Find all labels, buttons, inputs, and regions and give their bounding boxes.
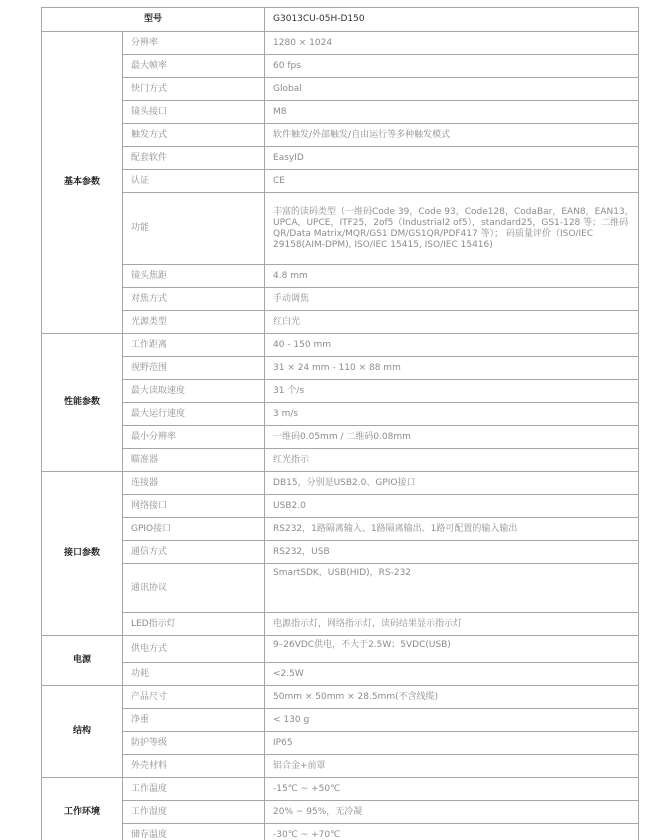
row-value: 电源指示灯，网络指示灯，读码结果显示指示灯: [265, 613, 639, 636]
row-value: 9–26VDC供电，不大于2.5W；5VDC(USB): [265, 636, 639, 663]
table-row: 瞄准器 红光指示: [42, 449, 639, 472]
table-row: 网络接口 USB2.0: [42, 495, 639, 518]
table-row: 视野范围 31 × 24 mm - 110 × 88 mm: [42, 357, 639, 380]
table-row: 通信方式 RS232，USB: [42, 541, 639, 564]
table-row: 接口参数 连接器 DB15，分别是USB2.0、GPIO接口: [42, 472, 639, 495]
row-value: RS232，USB: [265, 541, 639, 564]
table-row: 防护等级 IP65: [42, 732, 639, 755]
table-row: 结构 产品尺寸 50mm × 50mm × 28.5mm(不含线缆): [42, 686, 639, 709]
row-value: M8: [265, 101, 639, 124]
row-value: 40 - 150 mm: [265, 334, 639, 357]
row-value: 丰富的读码类型（一维码Code 39，Code 93，Code128，CodaB…: [265, 193, 639, 265]
table-row: 最大运行速度 3 m/s: [42, 403, 639, 426]
row-value: 31 × 24 mm - 110 × 88 mm: [265, 357, 639, 380]
table-row: 最小分辨率 一维码0.05mm / 二维码0.08mm: [42, 426, 639, 449]
row-value: -15℃ ~ +50℃: [265, 778, 639, 801]
section-environment: 工作环境: [42, 778, 123, 840]
table-row: 功能 丰富的读码类型（一维码Code 39，Code 93，Code128，Co…: [42, 193, 639, 265]
row-key: 功耗: [123, 663, 265, 686]
row-value: 1280 × 1024: [265, 32, 639, 55]
row-key: 认证: [123, 170, 265, 193]
table-row: 最大帧率 60 fps: [42, 55, 639, 78]
table-row: 对焦方式 手动调焦: [42, 288, 639, 311]
row-value: DB15，分别是USB2.0、GPIO接口: [265, 472, 639, 495]
table-row: 触发方式 软件触发/外部触发/自由运行等多种触发模式: [42, 124, 639, 147]
header-row: 型号 G3013CU-05H-D150: [42, 8, 639, 32]
row-key: 外壳材料: [123, 755, 265, 778]
row-key: 防护等级: [123, 732, 265, 755]
spec-table: 型号 G3013CU-05H-D150 基本参数 分辨率 1280 × 1024…: [41, 7, 639, 840]
row-key: 瞄准器: [123, 449, 265, 472]
table-row: 净重 < 130 g: [42, 709, 639, 732]
row-key: 储存温度: [123, 824, 265, 840]
row-key: 通讯协议: [123, 564, 265, 613]
row-value: 3 m/s: [265, 403, 639, 426]
row-key: 工作湿度: [123, 801, 265, 824]
row-key: 镜头焦距: [123, 265, 265, 288]
table-row: 镜头焦距 4.8 mm: [42, 265, 639, 288]
table-row: 基本参数 分辨率 1280 × 1024: [42, 32, 639, 55]
row-key: 最大运行速度: [123, 403, 265, 426]
row-key: 供电方式: [123, 636, 265, 663]
row-value: -30℃ ~ +70℃: [265, 824, 639, 840]
row-value: EasyID: [265, 147, 639, 170]
section-basic-params: 基本参数: [42, 32, 123, 334]
table-row: 最大读取速度 31 个/s: [42, 380, 639, 403]
row-value: 软件触发/外部触发/自由运行等多种触发模式: [265, 124, 639, 147]
row-key: 工作距离: [123, 334, 265, 357]
row-key: 最大帧率: [123, 55, 265, 78]
table-row: 外壳材料 铝合金+前罩: [42, 755, 639, 778]
row-value: 红光指示: [265, 449, 639, 472]
row-key: 最小分辨率: [123, 426, 265, 449]
row-value: 50mm × 50mm × 28.5mm(不含线缆): [265, 686, 639, 709]
row-key: LED指示灯: [123, 613, 265, 636]
row-key: 通信方式: [123, 541, 265, 564]
model-label: 型号: [42, 8, 265, 32]
row-key: 净重: [123, 709, 265, 732]
table-row: 工作环境 工作温度 -15℃ ~ +50℃: [42, 778, 639, 801]
row-key: 触发方式: [123, 124, 265, 147]
row-value: 60 fps: [265, 55, 639, 78]
row-key: 工作温度: [123, 778, 265, 801]
table-row: 电源 供电方式 9–26VDC供电，不大于2.5W；5VDC(USB): [42, 636, 639, 663]
row-value: 20% ~ 95%，无冷凝: [265, 801, 639, 824]
table-row: 通讯协议 SmartSDK，USB(HID)，RS-232: [42, 564, 639, 613]
table-row: 镜头接口 M8: [42, 101, 639, 124]
row-value: 红白光: [265, 311, 639, 334]
section-performance-params: 性能参数: [42, 334, 123, 472]
row-key: 配套软件: [123, 147, 265, 170]
row-value: IP65: [265, 732, 639, 755]
row-value: CE: [265, 170, 639, 193]
table-row: 储存温度 -30℃ ~ +70℃: [42, 824, 639, 840]
row-key: 光源类型: [123, 311, 265, 334]
row-key: 连接器: [123, 472, 265, 495]
row-key: 最大读取速度: [123, 380, 265, 403]
table-row: GPIO接口 RS232，1路隔离输入、1路隔离输出、1路可配置的输入输出: [42, 518, 639, 541]
row-key: 网络接口: [123, 495, 265, 518]
row-value: 31 个/s: [265, 380, 639, 403]
row-value: 手动调焦: [265, 288, 639, 311]
table-row: 功耗 <2.5W: [42, 663, 639, 686]
table-row: 工作湿度 20% ~ 95%，无冷凝: [42, 801, 639, 824]
section-power: 电源: [42, 636, 123, 686]
row-value: <2.5W: [265, 663, 639, 686]
row-key: 对焦方式: [123, 288, 265, 311]
section-structure: 结构: [42, 686, 123, 778]
table-row: 配套软件 EasyID: [42, 147, 639, 170]
row-key: 视野范围: [123, 357, 265, 380]
table-row: 性能参数 工作距离 40 - 150 mm: [42, 334, 639, 357]
table-row: 光源类型 红白光: [42, 311, 639, 334]
row-key: GPIO接口: [123, 518, 265, 541]
table-row: LED指示灯 电源指示灯，网络指示灯，读码结果显示指示灯: [42, 613, 639, 636]
table-row: 快门方式 Global: [42, 78, 639, 101]
row-value: 铝合金+前罩: [265, 755, 639, 778]
row-key: 镜头接口: [123, 101, 265, 124]
row-key: 功能: [123, 193, 265, 265]
row-value: SmartSDK，USB(HID)，RS-232: [265, 564, 639, 613]
row-value: 一维码0.05mm / 二维码0.08mm: [265, 426, 639, 449]
row-value: RS232，1路隔离输入、1路隔离输出、1路可配置的输入输出: [265, 518, 639, 541]
row-value: USB2.0: [265, 495, 639, 518]
model-value: G3013CU-05H-D150: [265, 8, 639, 32]
row-value: Global: [265, 78, 639, 101]
section-interface-params: 接口参数: [42, 472, 123, 636]
row-key: 产品尺寸: [123, 686, 265, 709]
row-key: 分辨率: [123, 32, 265, 55]
row-value: < 130 g: [265, 709, 639, 732]
table-row: 认证 CE: [42, 170, 639, 193]
row-value: 4.8 mm: [265, 265, 639, 288]
row-key: 快门方式: [123, 78, 265, 101]
